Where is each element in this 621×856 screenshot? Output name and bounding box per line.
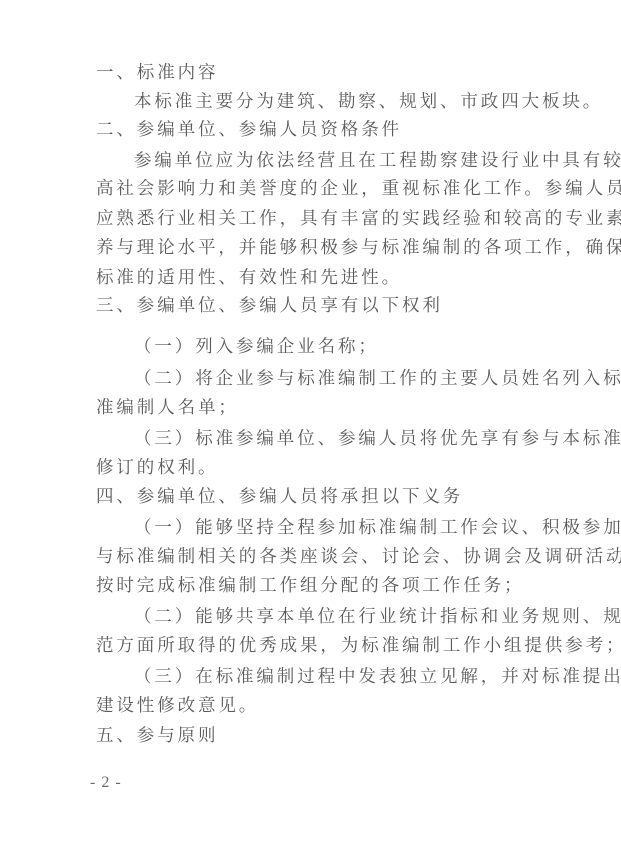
list-item: （二）能够共享本单位在行业统计指标和业务规则、规	[134, 605, 534, 629]
list-item-continuation: 准编制人名单；	[96, 396, 536, 420]
heading-5: 五、参与原则	[96, 724, 536, 748]
list-item: （三）在标准编制过程中发表独立见解，并对标准提出	[134, 665, 534, 689]
list-item-continuation: 修订的权利。	[96, 456, 536, 480]
list-item: （一）能够坚持全程参加标准编制工作会议、积极参加	[134, 516, 534, 540]
heading-2: 二、参编单位、参编人员资格条件	[96, 118, 536, 142]
paragraph-line: 标准的适用性、有效性和先进性。	[96, 266, 536, 290]
list-item-continuation: 按时完成标准编制工作组分配的各项工作任务；	[96, 574, 536, 598]
list-item: （二）将企业参与标准编制工作的主要人员姓名列入标	[134, 367, 534, 391]
paragraph-line: 应熟悉行业相关工作，具有丰富的实践经验和较高的专业素	[96, 207, 536, 231]
list-item: （三）标准参编单位、参编人员将优先享有参与本标准	[134, 427, 534, 451]
heading-1: 一、标准内容	[96, 61, 536, 85]
heading-3: 三、参编单位、参编人员享有以下权利	[96, 294, 536, 318]
list-item-continuation: 范方面所取得的优秀成果，为标准编制工作小组提供参考；	[96, 634, 536, 658]
list-item: （一）列入参编企业名称；	[134, 335, 534, 359]
document-page: 一、标准内容 本标准主要分为建筑、勘察、规划、市政四大板块。 二、参编单位、参编…	[0, 0, 621, 856]
paragraph-line: 高社会影响力和美誉度的企业，重视标准化工作。参编人员	[96, 177, 536, 201]
heading-4: 四、参编单位、参编人员将承担以下义务	[96, 485, 536, 509]
list-item-continuation: 建设性修改意见。	[96, 694, 536, 718]
page-number: - 2 -	[90, 774, 122, 792]
paragraph-line: 养与理论水平，并能够积极参与标准编制的各项工作，确保	[96, 236, 536, 260]
paragraph-line: 参编单位应为依法经营且在工程勘察建设行业中具有较	[134, 149, 534, 173]
paragraph-line: 本标准主要分为建筑、勘察、规划、市政四大板块。	[134, 90, 534, 114]
list-item-continuation: 与标准编制相关的各类座谈会、讨论会、协调会及调研活动，	[96, 545, 536, 569]
